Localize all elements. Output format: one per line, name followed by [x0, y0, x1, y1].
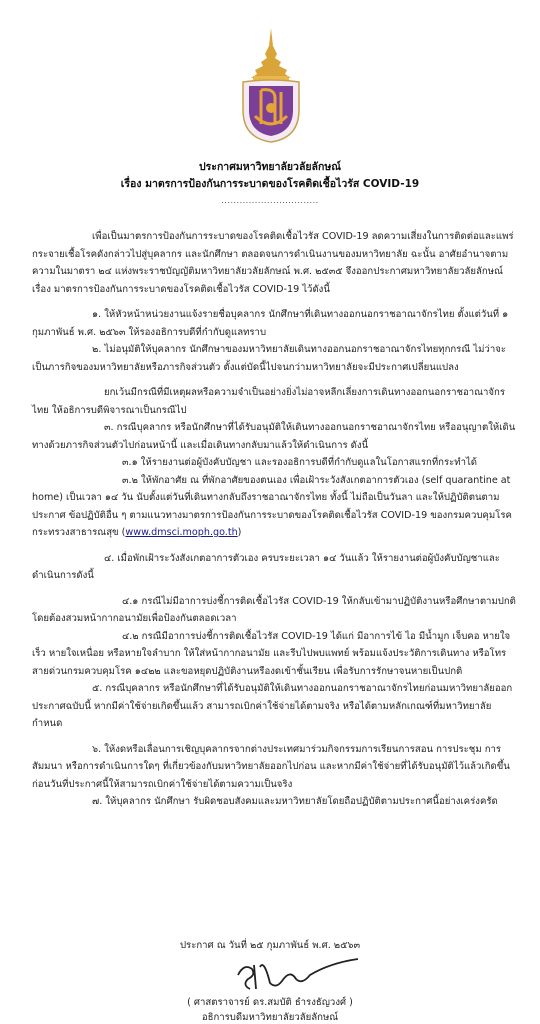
item-3-1: ๓.๑ ให้รายงานต่อผู้บังคับบัญชา และรองอธิ…	[32, 454, 516, 472]
item-1: ๑. ให้หัวหน้าหน่วยงานแจ้งรายชื่อบุคลากร …	[32, 306, 516, 341]
item-2-exception: ยกเว้นมีกรณีที่มีเหตุผลหรือความจำเป็นอย่…	[32, 384, 516, 419]
intro-paragraph: เพื่อเป็นมาตรการป้องกันการระบาดของโรคติด…	[32, 228, 516, 298]
item-3: ๓. กรณีบุคลากร หรือนักศึกษาที่ได้รับอนุม…	[32, 419, 516, 454]
item-4-2: ๔.๒ กรณีมีอาการบ่งชี้การติดเชื้อไวรัส CO…	[32, 628, 516, 681]
announcement-date: ประกาศ ณ วันที่ ๒๕ กุมภาพันธ์ พ.ศ. ๒๕๖๓	[0, 938, 540, 953]
item-6: ๖. ให้งดหรือเลื่อนการเชิญบุคลากรจากต่างป…	[32, 741, 516, 794]
item-5: ๕. กรณีบุคลากร หรือนักศึกษาที่ได้รับอนุม…	[32, 680, 516, 733]
item-3-2-text: ๓.๒ ให้พักอาศัย ณ ที่พักอาศัยของตนเอง เพ…	[32, 475, 512, 539]
item-7: ๗. ให้บุคลากร นักศึกษา รับผิดชอบสังคมและ…	[32, 793, 516, 811]
moph-link[interactable]: www.dmsci.moph.go.th	[125, 527, 237, 538]
item-4-1: ๔.๑ กรณีไม่มีอาการบ่งชี้การติดเชื้อไวรัส…	[32, 593, 516, 628]
announcement-body: เพื่อเป็นมาตรการป้องกันการระบาดของโรคติด…	[32, 228, 516, 811]
university-crest-icon	[231, 28, 311, 146]
signature-mark	[230, 955, 360, 997]
item-2: ๒. ไม่อนุมัติให้บุคลากร นักศึกษาของมหาวิ…	[32, 341, 516, 376]
title-separator: ................................	[0, 196, 540, 205]
announcement-title: ประกาศมหาวิทยาลัยวลัยลักษณ์	[0, 158, 540, 175]
item-3-2-end: )	[238, 527, 242, 538]
announcement-subject: เรื่อง มาตรการป้องกันการระบาดของโรคติดเช…	[0, 175, 540, 192]
signer-title: อธิการบดีมหาวิทยาลัยวลัยลักษณ์	[0, 1010, 540, 1024]
item-3-2: ๓.๒ ให้พักอาศัย ณ ที่พักอาศัยของตนเอง เพ…	[32, 472, 516, 542]
signer-name: ( ศาสตราจารย์ ดร.สมบัติ ธำรงธัญวงศ์ )	[0, 995, 540, 1010]
item-4: ๔. เมื่อพักเฝ้าระวังสังเกตอาการตัวเอง คร…	[32, 550, 516, 585]
